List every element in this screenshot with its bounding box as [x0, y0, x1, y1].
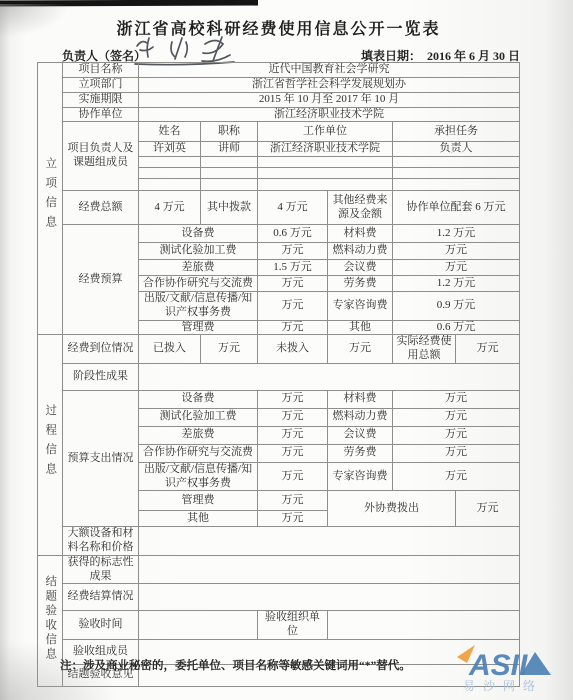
total-funds-amount: 4 万元: [139, 191, 201, 225]
budget-item: 劳务费: [328, 276, 393, 292]
member-title: 讲师: [201, 142, 258, 157]
grant-amount: 4 万元: [258, 191, 328, 225]
budget-value: 0.9 万元: [393, 292, 520, 321]
spending-value: 万元: [393, 462, 520, 491]
spending-value: 万元: [258, 426, 328, 444]
member-name: [139, 179, 201, 191]
landmark-results-label: 获得的标志性成果: [63, 555, 139, 584]
budget-value: 万元: [258, 243, 328, 260]
spending-item: 出版/文献/信息传播/知识产权事务费: [139, 462, 258, 491]
member-header-task: 承担任务: [393, 122, 520, 142]
grant-label: 其中拨款: [201, 191, 258, 225]
member-header-title: 职称: [201, 122, 258, 142]
total-funds-label: 经费总额: [63, 191, 139, 225]
section-acceptance-info: 结题验收信息: [38, 555, 63, 686]
settlement-value: [139, 584, 520, 611]
member-org: [258, 168, 393, 179]
member-task: [393, 157, 520, 168]
budget-item: 差旅费: [139, 260, 258, 276]
member-org: [258, 157, 393, 168]
budget-item: 专家咨询费: [328, 292, 393, 321]
landmark-results-value: [139, 555, 520, 584]
acceptance-org-label: 验收组织单位: [258, 611, 328, 640]
arrival-received-label: 已拨入: [139, 335, 201, 364]
arrival-pending-label: 未拨入: [258, 335, 328, 364]
spending-value: 万元: [258, 444, 328, 462]
spending-value: 万元: [393, 426, 520, 444]
budget-item: 设备费: [139, 225, 258, 243]
budget-value: 万元: [258, 320, 328, 335]
budget-value: 0.6 万元: [258, 225, 328, 243]
date-label: 填表日期：: [361, 49, 421, 63]
member-header-name: 姓名: [139, 122, 201, 142]
member-title: [201, 168, 258, 179]
member-name: 许刘英: [139, 142, 201, 157]
settlement-label: 经费结算情况: [63, 584, 139, 611]
spending-item: 燃料动力费: [328, 408, 393, 426]
spending-item: 材料费: [328, 390, 393, 408]
budget-item: 燃料动力费: [328, 243, 393, 260]
project-name-label: 项目名称: [63, 63, 139, 78]
yisha-network-watermark-logo: ASII 易沙网络: [445, 642, 557, 694]
date-value: 2016 年 6 月 30 日: [427, 49, 520, 63]
spending-label: 预算支出情况: [63, 390, 139, 527]
acceptance-time-value: [139, 611, 258, 640]
budget-value: 万元: [258, 292, 328, 321]
spending-item: 合作协作研究与交流费: [139, 444, 258, 462]
budget-item: 管理费: [139, 320, 258, 335]
budget-item: 合作协作研究与交流费: [139, 276, 258, 292]
logo-latin-text: ASII: [468, 649, 528, 682]
budget-value: 万元: [393, 243, 520, 260]
spending-item: 差旅费: [139, 426, 258, 444]
budget-item: 其他: [328, 320, 393, 335]
budget-value: 1.5 万元: [258, 260, 328, 276]
member-name: [139, 157, 201, 168]
spending-value: 万元: [393, 390, 520, 408]
other-funds-value: 协作单位配套 6 万元: [393, 191, 520, 225]
member-org: [258, 179, 393, 191]
project-name-value: 近代中国教育社会学研究: [139, 63, 520, 78]
member-task: [393, 179, 520, 191]
member-title: [201, 179, 258, 191]
equipment-label: 大额设备和材料名称和价格: [63, 527, 139, 556]
spending-item: 管理费: [139, 491, 258, 511]
member-task: 负责人: [393, 142, 520, 157]
partner-label: 协作单位: [63, 107, 139, 122]
arrival-received-value: 万元: [201, 335, 258, 364]
acceptance-org-value: [328, 611, 520, 640]
member-org: 浙江经济职业技术学院: [258, 142, 393, 157]
spending-value: 万元: [393, 444, 520, 462]
logo-chinese-text: 易沙网络: [463, 678, 543, 693]
partner-value: 浙江经济职业技术学院: [139, 107, 520, 122]
spending-value: 万元: [258, 511, 328, 527]
budget-item: 会议费: [328, 260, 393, 276]
spending-item: 劳务费: [328, 444, 393, 462]
spending-value: 万元: [258, 390, 328, 408]
stage-results-value: [139, 363, 520, 390]
member-name: [139, 168, 201, 179]
section-process-info: 过程信息: [38, 335, 63, 556]
members-label: 项目负责人及课题组成员: [63, 122, 139, 191]
department-value: 浙江省哲学社会科学发展规划办: [139, 77, 520, 92]
spending-item: 测试化验加工费: [139, 408, 258, 426]
spending-value: 万元: [258, 491, 328, 511]
budget-item: 出版/文献/信息传播/知识产权事务费: [139, 292, 258, 321]
spending-item: 其他: [139, 511, 258, 527]
spending-value: 万元: [393, 408, 520, 426]
budget-value: 万元: [393, 260, 520, 276]
member-header-org: 工作单位: [258, 122, 393, 142]
budget-value: 1.2 万元: [393, 225, 520, 243]
period-value: 2015 年 10 月至 2017 年 10 月: [139, 92, 520, 107]
budget-item: 材料费: [328, 225, 393, 243]
arrival-label: 经费到位情况: [63, 335, 139, 364]
budget-label: 经费预算: [63, 225, 139, 335]
budget-value: 万元: [258, 276, 328, 292]
disclosure-table: 立项信息 项目名称 近代中国教育社会学研究 立项部门 浙江省哲学社会科学发展规划…: [37, 62, 520, 687]
department-label: 立项部门: [63, 77, 139, 92]
footer-note: 注：涉及商业秘密的，委托单位、项目名称等敏感关键词用“*”替代。: [60, 657, 411, 673]
spending-item: 会议费: [328, 426, 393, 444]
spending-item: 设备费: [139, 390, 258, 408]
arrival-used-label: 实际经费使用总额: [393, 335, 456, 364]
budget-item: 测试化验加工费: [139, 243, 258, 260]
spending-value: 万元: [258, 462, 328, 491]
spending-item: 专家咨询费: [328, 462, 393, 491]
budget-value: 0.6 万元: [393, 320, 520, 335]
period-label: 实施期限: [63, 92, 139, 107]
member-title: [201, 157, 258, 168]
member-task: [393, 168, 520, 179]
section-setup-info: 立项信息: [38, 63, 63, 335]
other-funds-label: 其他经费来源及金额: [328, 191, 393, 225]
spending-value: 万元: [258, 408, 328, 426]
equipment-value: [139, 527, 520, 556]
outsourcing-label: 外协费拨出: [328, 491, 456, 527]
page-title: 浙江省高校科研经费使用信息公开一览表: [37, 16, 520, 39]
arrival-pending-value: 万元: [328, 335, 393, 364]
acceptance-time-label: 验收时间: [63, 611, 139, 640]
arrival-used-value: 万元: [456, 335, 520, 364]
budget-value: 1.2 万元: [393, 276, 520, 292]
stage-results-label: 阶段性成果: [63, 363, 139, 390]
scanned-document-page: 浙江省高校科研经费使用信息公开一览表 负责人（签名） 填表日期：2016 年 6…: [0, 0, 573, 700]
outsourcing-value: 万元: [456, 491, 520, 527]
